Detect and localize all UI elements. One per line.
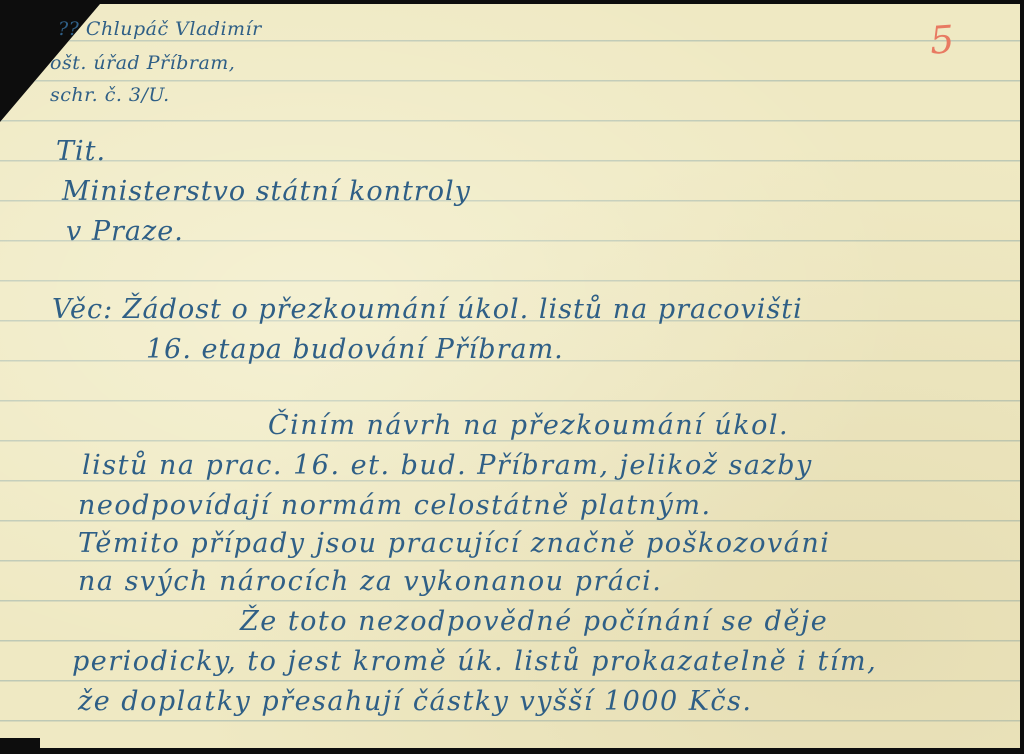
sender-box: schr. č. 3/U. bbox=[50, 84, 170, 106]
subject-line-2: 16. etapa budování Příbram. bbox=[146, 334, 564, 365]
body-line: Těmito případy jsou pracující značně poš… bbox=[78, 528, 830, 559]
body-line: Že toto nezodpovědné počínání se děje bbox=[240, 606, 828, 637]
sender-office: ošt. úřad Příbram, bbox=[50, 52, 235, 74]
body-line: periodicky, to jest kromě úk. listů prok… bbox=[72, 646, 877, 677]
addressee-salutation: Tit. bbox=[56, 136, 106, 167]
addressee-ministry: Ministerstvo státní kontroly bbox=[62, 176, 471, 207]
body-line: neodpovídají normám celostátně platným. bbox=[78, 490, 712, 521]
body-line: listů na prac. 16. et. bud. Příbram, jel… bbox=[82, 450, 813, 481]
scanned-document: 5 ?? Chlupáč Vladimír ošt. úřad Příbram,… bbox=[0, 0, 1024, 754]
scan-border bbox=[0, 748, 1024, 754]
subject-line-1: Věc: Žádost o přezkoumání úkol. listů na… bbox=[52, 294, 803, 325]
addressee-city: v Praze. bbox=[66, 216, 184, 247]
page-number: 5 bbox=[928, 17, 955, 63]
body-line: Činím návrh na přezkoumání úkol. bbox=[268, 410, 789, 441]
body-line: na svých nárocích za vykonanou práci. bbox=[78, 566, 662, 597]
sender-name: ?? Chlupáč Vladimír bbox=[58, 18, 262, 40]
body-line: že doplatky přesahují částky vyšší 1000 … bbox=[78, 686, 752, 717]
